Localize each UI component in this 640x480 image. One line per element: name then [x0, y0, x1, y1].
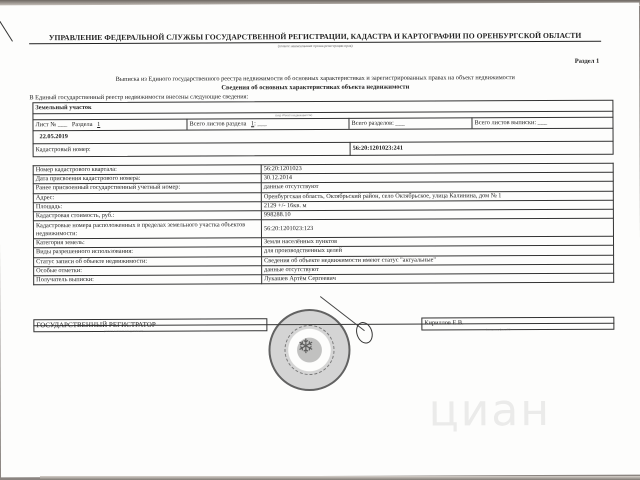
cadastral-number-label: Кадастровый номер:: [36, 147, 91, 154]
total-sections-value: ___: [395, 120, 404, 127]
photo-edge-bottom: [40, 476, 640, 480]
intro-text: В Единый государственный реестр недвижим…: [29, 93, 248, 101]
details-table: Номер кадастрового квартала:56:20:120102…: [33, 163, 615, 286]
eagle-emblem-icon: ❄: [297, 337, 314, 357]
sheets-in-section-suffix: : ___: [254, 120, 267, 127]
sheets-in-section: Всего листов раздела 1: ___: [189, 121, 266, 128]
extract-date: 22.05.2019: [40, 134, 68, 140]
total-sheets-label: Всего листов выписки:: [474, 119, 536, 126]
section-of-label: Раздела: [72, 121, 93, 128]
corner-mark: [0, 19, 13, 42]
section-of-value: 1: [97, 121, 100, 128]
table-row: Получатель выписки:Лукашев Артём Сергеев…: [34, 273, 614, 285]
registrar-name-box: Кириллов Е.В. (инициалы, фамилия): [421, 317, 614, 331]
row-value: Лукашев Артём Сергеевич: [262, 273, 614, 284]
official-stamp-icon: ❄: [268, 309, 350, 391]
row-key: Получатель выписки:: [34, 275, 262, 285]
divider: [186, 119, 187, 130]
total-sections: Всего разделов: ___: [351, 121, 404, 128]
divider: [348, 118, 349, 129]
sheet-number: Лист № ___ Раздела 1: [35, 122, 100, 129]
section-label: Раздел 1: [575, 58, 599, 65]
divider: [471, 117, 472, 128]
cadastral-number: 56:20:1201023:241: [353, 146, 403, 153]
total-sheets: Всего листов выписки: ___: [474, 120, 547, 127]
object-type-caption: (вид объекта недвижимости): [275, 114, 312, 117]
document-page: УПРАВЛЕНИЕ ФЕДЕРАЛЬНОЙ СЛУЖБЫ ГОСУДАРСТВ…: [0, 3, 640, 478]
object-type: Земельный участок: [35, 105, 91, 112]
total-sections-label: Всего разделов:: [351, 120, 393, 127]
registrar-position: ГОСУДАРСТВЕННЫЙ РЕГИСТРАТОР: [36, 321, 155, 330]
row-value: 56:20:1201023:123: [261, 218, 613, 238]
divider: [350, 142, 351, 156]
extract-subtitle: Сведения об основных характеристиках объ…: [29, 83, 601, 92]
sheet-value: ___: [58, 121, 67, 128]
total-sheets-value: ___: [538, 119, 547, 126]
registrar-name-caption: (инициалы, фамилия): [486, 328, 510, 331]
extract-title: Выписка из Единого государственного реес…: [29, 74, 601, 83]
registrar-name: Кириллов Е.В.: [424, 319, 463, 326]
sheet-label: Лист №: [35, 121, 56, 128]
sheets-in-section-label: Всего листов раздела: [189, 120, 246, 127]
watermark: циан: [429, 385, 552, 437]
registrar-position-caption: (полное наименование должности): [104, 330, 143, 333]
row-key: Кадастровые номера расположенных в преде…: [33, 220, 261, 239]
registrar-position-box: ГОСУДАРСТВЕННЫЙ РЕГИСТРАТОР (полное наим…: [33, 318, 267, 332]
